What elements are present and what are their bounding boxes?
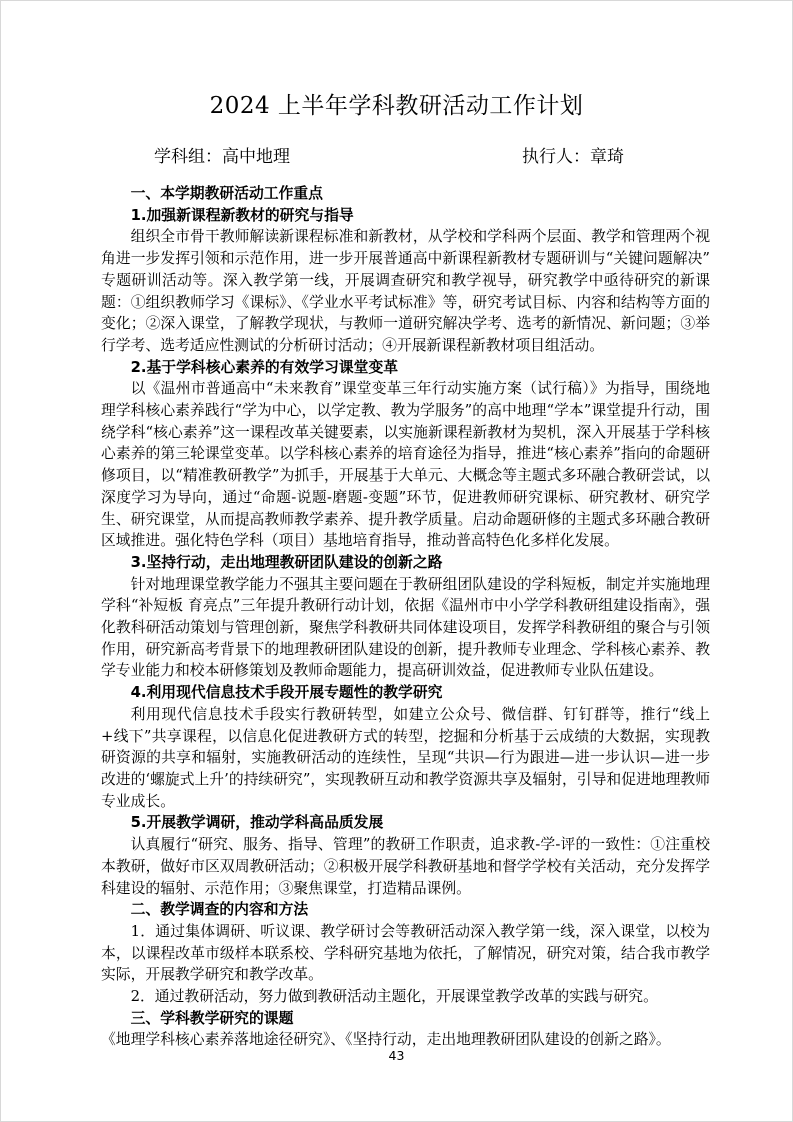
paragraph: 2．通过教研活动，努力做到教研活动主题化，开展课堂教学改革的实践与研究。 [101,986,710,1008]
document-body: 一、本学期教研活动工作重点 1.加强新课程新教材的研究与指导 组织全市骨干教师解… [101,183,710,1051]
page-title: 2024 上半年学科教研活动工作计划 [1,87,792,120]
paragraph: 针对地理课堂教学能力不强其主要问题在于教研组团队建设的学科短板，制定并实施地理学… [101,574,710,683]
executor: 执行人：章琦 [522,142,624,167]
subject-group: 学科组：高中地理 [154,142,290,167]
paragraph: 1．通过集体调研、听议课、教学研讨会等教研活动深入教学第一线，深入课堂，以校为本… [101,921,710,986]
sub-heading-1-5: 5.开展教学调研，推动学科高品质发展 [101,812,710,834]
sub-heading-1-3: 3.坚持行动，走出地理教研团队建设的创新之路 [101,552,710,574]
sub-heading-1-4: 4.利用现代信息技术手段开展专题性的教学研究 [101,682,710,704]
paragraph: 组织全市骨干教师解读新课程标准和新教材，从学校和学科两个层面、教学和管理两个视角… [101,226,710,356]
document-page: 2024 上半年学科教研活动工作计划 学科组：高中地理 执行人：章琦 一、本学期… [0,0,793,1122]
paragraph: 以《温州市普通高中“未来教育”课堂变革三年行动实施方案（试行稿）》为指导，围绕地… [101,378,710,552]
sub-heading-1-2: 2.基于学科核心素养的有效学习课堂变革 [101,357,710,379]
paragraph: 认真履行“研究、服务、指导、管理”的教研工作职责，追求教-学-评的一致性：①注重… [101,834,710,899]
section-heading-3: 三、学科教学研究的课题 [101,1008,710,1030]
section-heading-1: 一、本学期教研活动工作重点 [101,183,710,205]
section-heading-2: 二、教学调查的内容和方法 [101,899,710,921]
page-number: 43 [1,1048,792,1063]
subject-group-label: 学科组： [154,147,222,167]
executor-label: 执行人： [522,147,590,167]
meta-row: 学科组：高中地理 执行人：章琦 [1,142,792,166]
executor-value: 章琦 [590,147,624,167]
subject-group-value: 高中地理 [222,147,290,167]
sub-heading-1-1: 1.加强新课程新教材的研究与指导 [101,205,710,227]
paragraph: 利用现代信息技术手段实行教研转型，如建立公众号、微信群、钉钉群等，推行“线上+线… [101,704,710,813]
